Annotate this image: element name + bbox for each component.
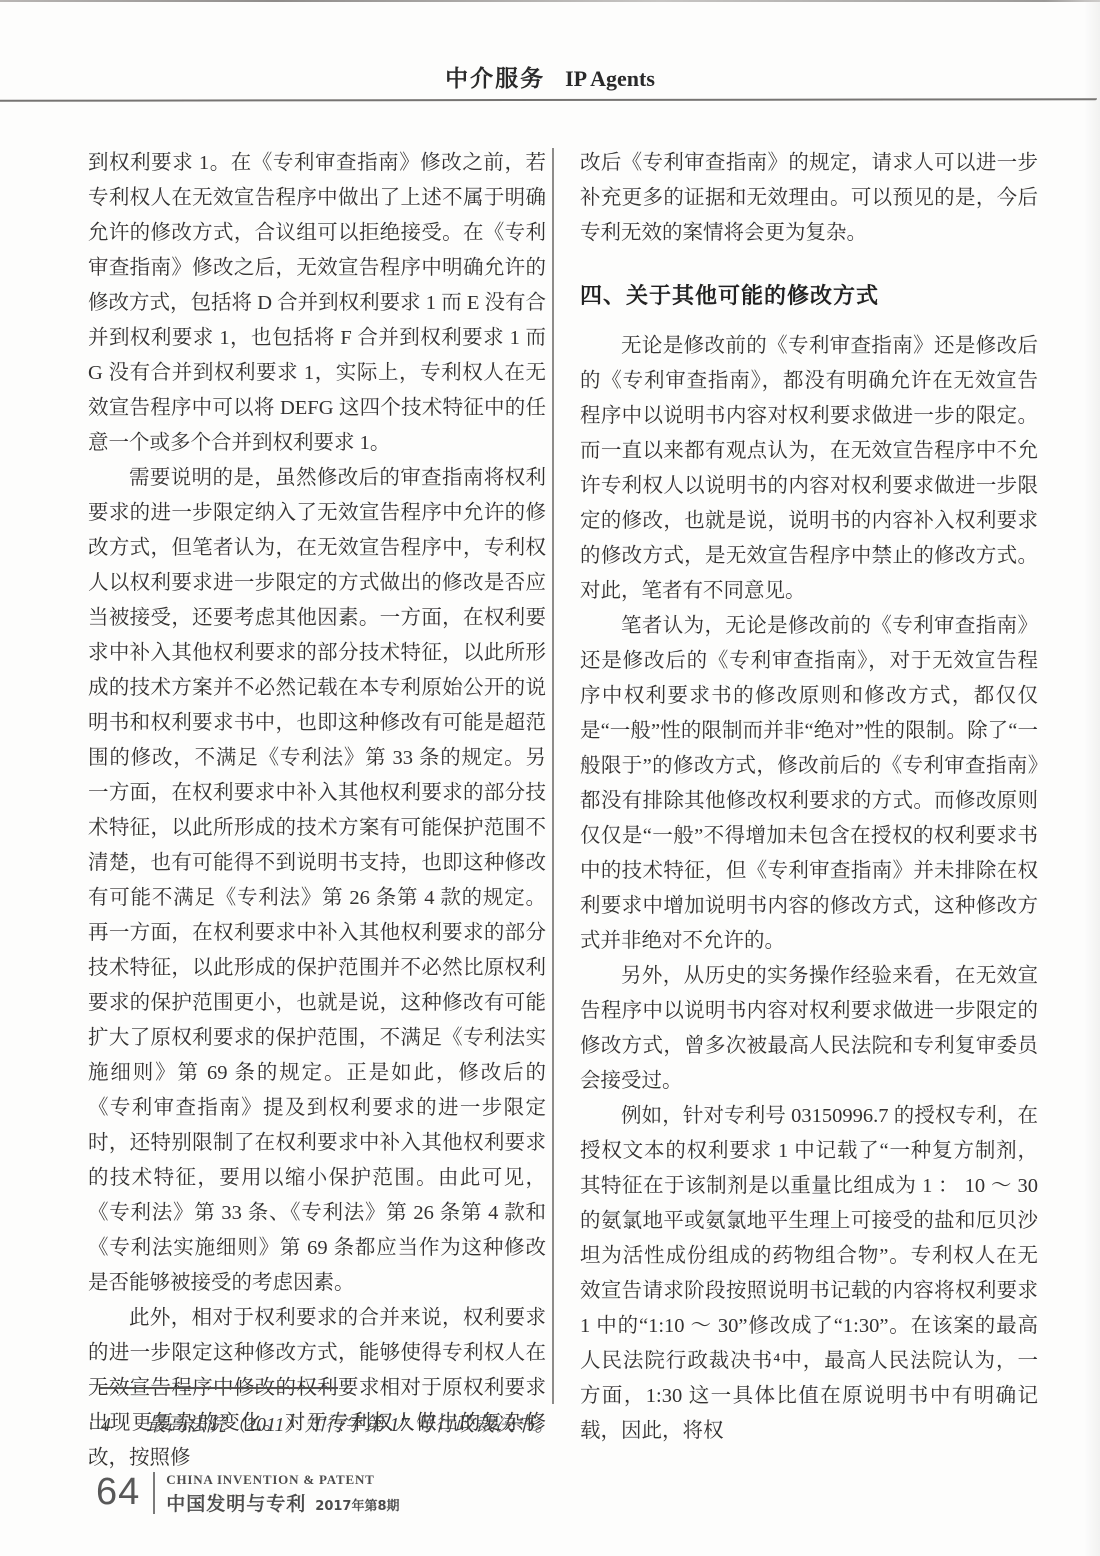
page-number: 64 xyxy=(96,1472,140,1512)
section-label-en: IP Agents xyxy=(565,66,655,91)
journal-name-zh: 中国发明与专利 xyxy=(166,1489,306,1516)
header-rule xyxy=(0,98,1097,102)
paragraph: 需要说明的是，虽然修改后的审查指南将权利要求的进一步限定纳入了无效宣告程序中允许… xyxy=(88,461,546,1301)
paragraph: 改后《专利审查指南》的规定，请求人可以进一步补充更多的证据和无效理由。可以预见的… xyxy=(580,146,1038,251)
paragraph: 无论是修改前的《专利审查指南》还是修改后的《专利审查指南》，都没有明确允许在无效… xyxy=(580,329,1038,609)
left-column: 到权利要求 1。在《专利审查指南》修改之前，若专利权人在无效宣告程序中做出了上述… xyxy=(88,146,546,1476)
journal-name-en: CHINA INVENTION & PATENT xyxy=(166,1472,399,1487)
paragraph: 另外，从历史的实务操作经验来看，在无效宣告程序中以说明书内容对权利要求做进一步限… xyxy=(580,959,1038,1099)
footer-divider xyxy=(153,1472,155,1514)
footnote-text: 最高法院（2011）知行字第 17 号行政裁决书。 xyxy=(146,1414,555,1436)
section-label-zh: 中介服务 xyxy=(445,66,545,92)
paragraph: 笔者认为，无论是修改前的《专利审查指南》还是修改后的《专利审查指南》，对于无效宣… xyxy=(580,609,1038,959)
right-edge-shadow xyxy=(1084,0,1100,1556)
right-column: 改后《专利审查指南》的规定，请求人可以进一步补充更多的证据和无效理由。可以预见的… xyxy=(580,146,1038,1449)
journal-page: 中介服务 IP Agents 到权利要求 1。在《专利审查指南》修改之前，若专利… xyxy=(0,0,1100,1556)
footnote-marker: 4 xyxy=(101,1410,146,1440)
section-heading: 四、关于其他可能的修改方式 xyxy=(580,279,1038,314)
column-divider xyxy=(552,148,554,1404)
paragraph: 到权利要求 1。在《专利审查指南》修改之前，若专利权人在无效宣告程序中做出了上述… xyxy=(88,146,546,461)
footnote: 4最高法院（2011）知行字第 17 号行政裁决书。 xyxy=(101,1410,661,1440)
footnote-rule xyxy=(100,1387,338,1389)
page-header: 中介服务 IP Agents xyxy=(0,60,1100,93)
journal-issue: 2017年第8期 xyxy=(315,1495,399,1514)
journal-zh-row: 中国发明与专利 2017年第8期 xyxy=(166,1489,399,1516)
paragraph: 例如，针对专利号 03150996.7 的授权专利，在授权文本的权利要求 1 中… xyxy=(580,1099,1038,1449)
page-footer: 64 CHINA INVENTION & PATENT 中国发明与专利 2017… xyxy=(96,1472,400,1516)
scan-top-edge xyxy=(0,0,1100,2)
journal-block: CHINA INVENTION & PATENT 中国发明与专利 2017年第8… xyxy=(166,1472,399,1516)
